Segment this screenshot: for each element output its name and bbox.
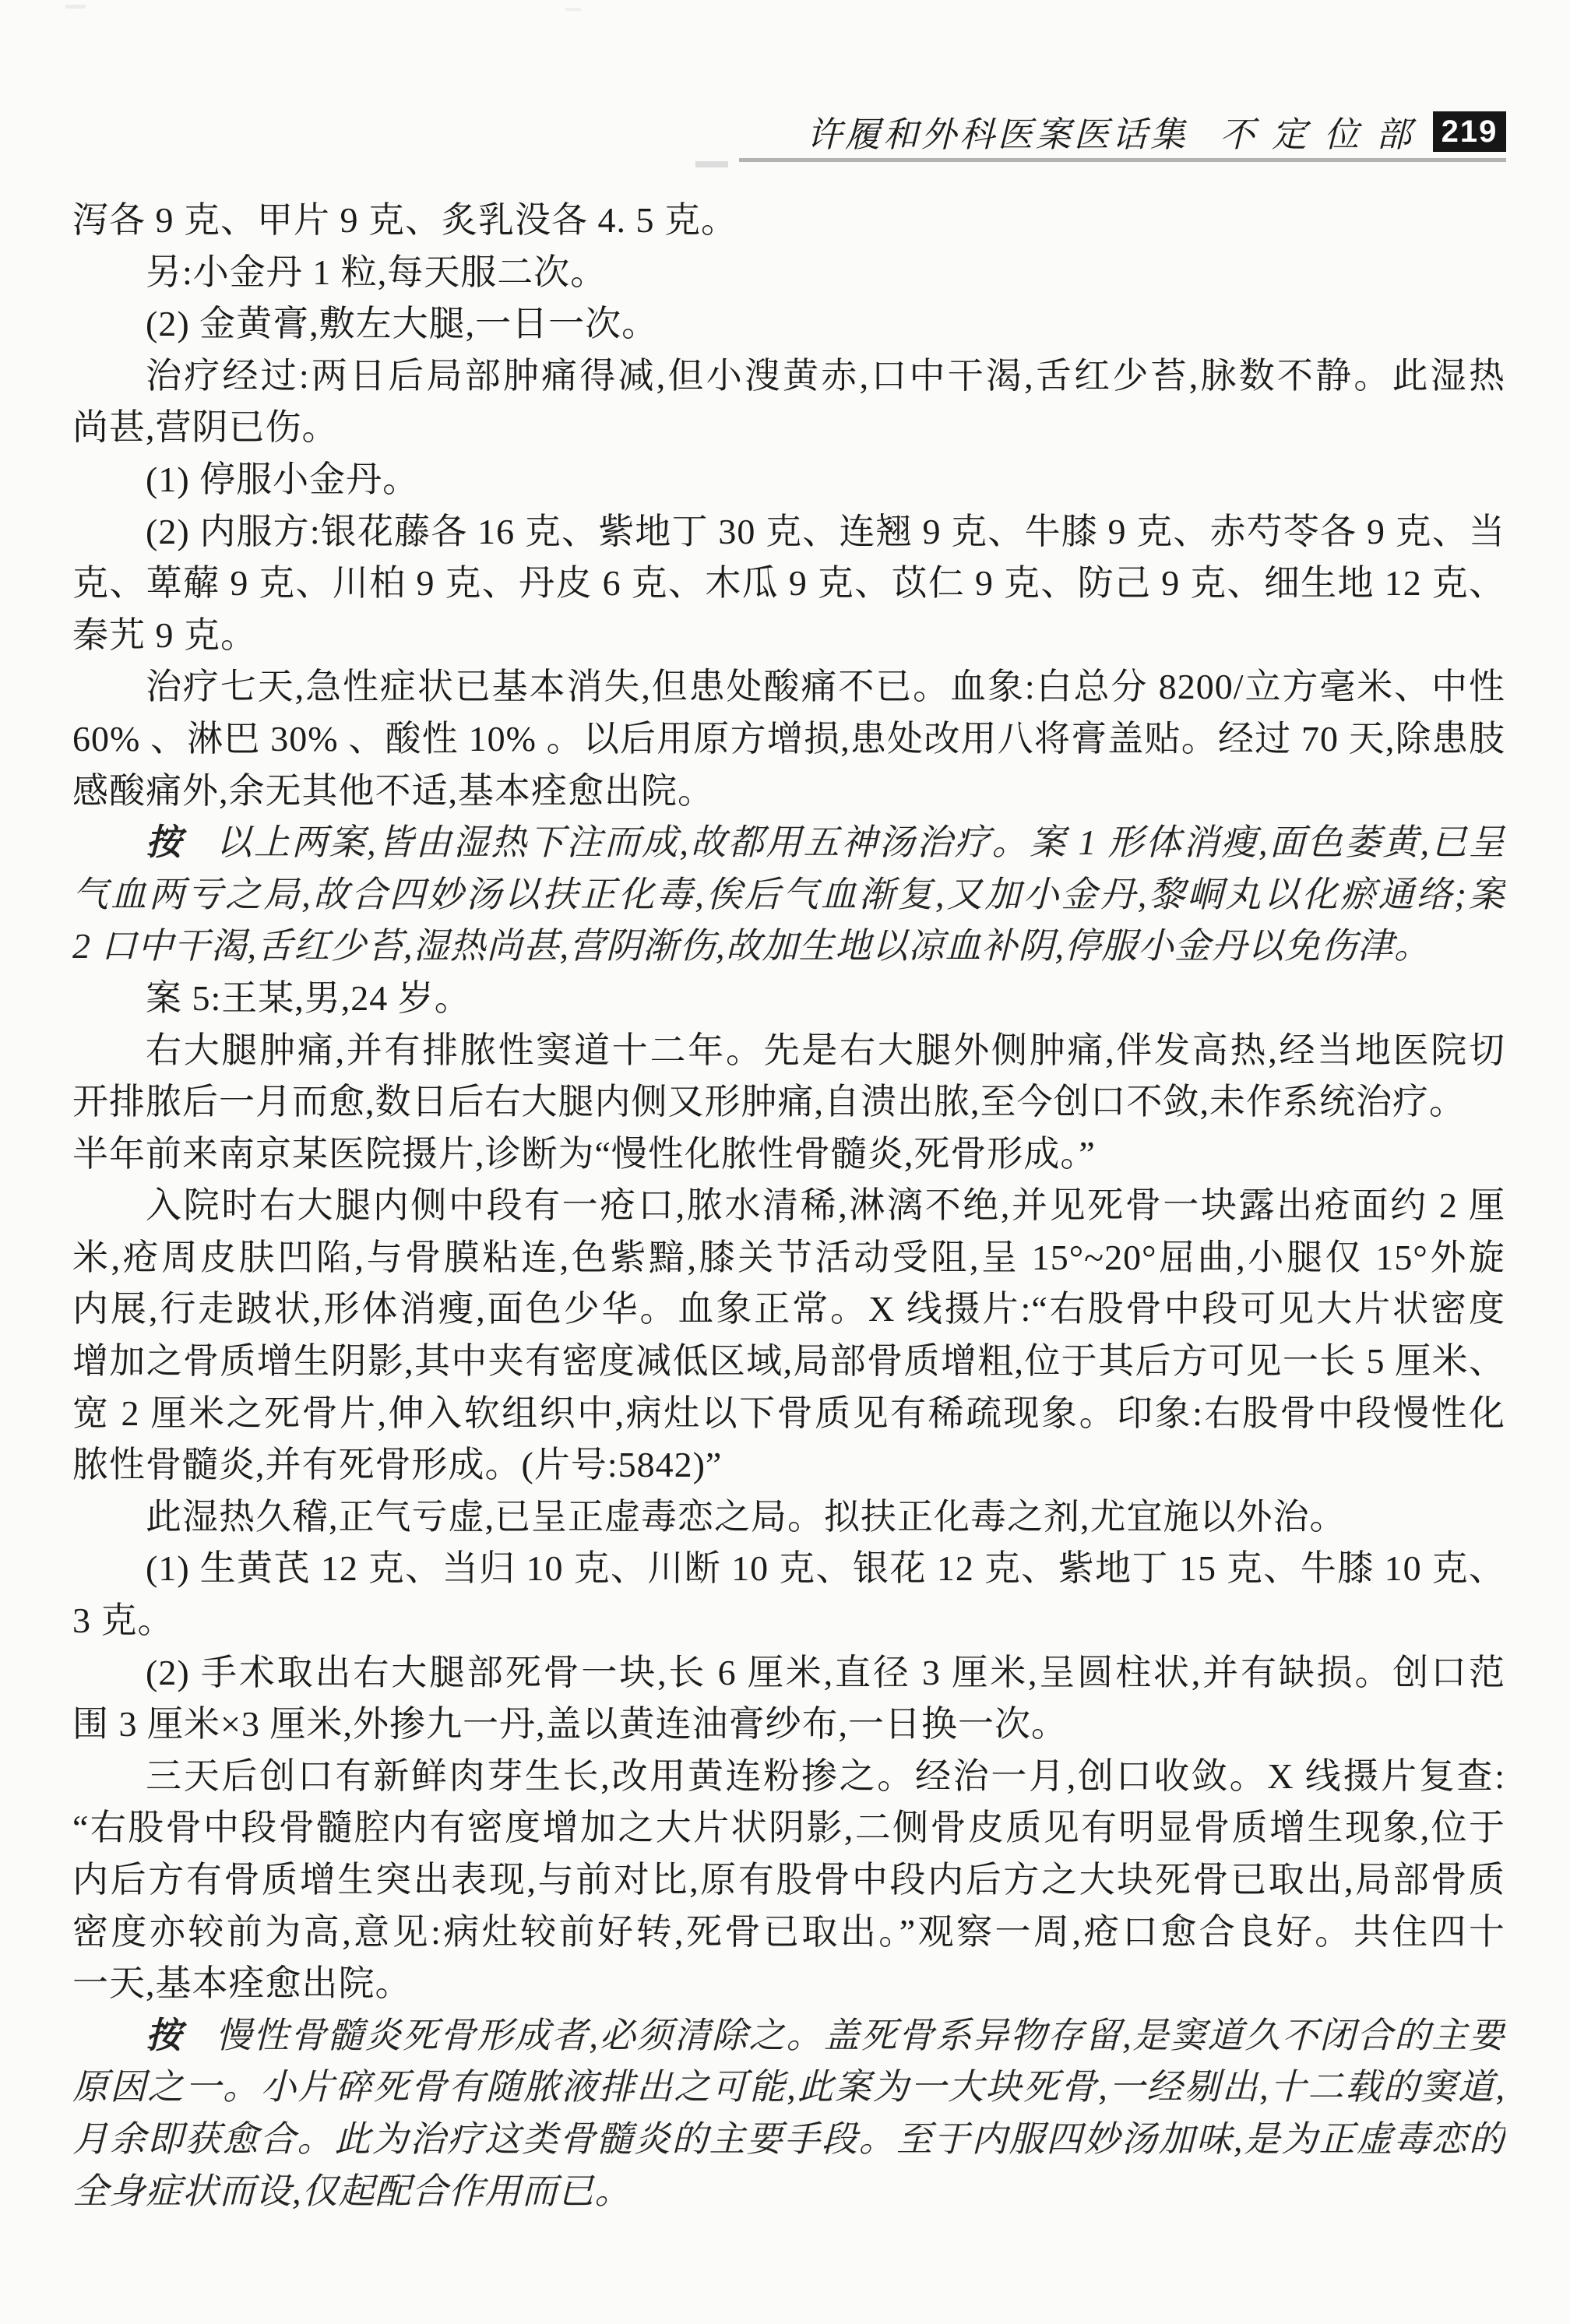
body-text-line: 密度亦较前为高,意见:病灶较前好转,死骨已取出。”观察一周,疮口愈合良好。共住四… xyxy=(72,1907,1505,1959)
body-text-line: 气血两亏之局,故合四妙汤以扶正化毒,俟后气血渐复,又加小金丹,黎峒丸以化瘀通络;… xyxy=(72,869,1505,921)
body-text-line: 右大腿肿痛,并有排脓性窦道十二年。先是右大腿外侧肿痛,伴发高热,经当地医院切 xyxy=(72,1025,1505,1077)
body-text-line: “右股骨中段骨髓腔内有密度增加之大片状阴影,二侧骨皮质见有明显骨质增生现象,位于 xyxy=(72,1802,1505,1854)
body-text-line: 入院时右大腿内侧中段有一疮口,脓水清稀,淋漓不绝,并见死骨一块露出疮面约 2 厘 xyxy=(72,1180,1505,1232)
annotation-label: 按 xyxy=(146,822,183,862)
body-text-line: (1) 停服小金丹。 xyxy=(72,454,1505,506)
body-text-line: 宽 2 厘米之死骨片,伸入软组织中,病灶以下骨质见有稀疏现象。印象:右股骨中段慢… xyxy=(72,1388,1505,1440)
body-text-line: (2) 内服方:银花藤各 16 克、紫地丁 30 克、连翘 9 克、牛膝 9 克… xyxy=(72,506,1505,558)
page-header: 许履和外科医案医话集 不定位部 219 xyxy=(807,106,1506,157)
header-rule xyxy=(739,158,1506,162)
body-text-line: 秦艽 9 克。 xyxy=(72,610,1505,662)
body-text-line: 原因之一。小片碎死骨有随脓液排出之可能,此案为一大块死骨,一经剔出,十二载的窦道… xyxy=(72,2062,1505,2114)
body-text-line: 三天后创口有新鲜肉芽生长,改用黄连粉掺之。经治一月,创口收敛。X 线摄片复查: xyxy=(72,1751,1505,1803)
scan-artifact xyxy=(565,8,581,11)
book-title: 许履和外科医案医话集 xyxy=(807,106,1188,157)
body-text-line: 感酸痛外,余无其他不适,基本痊愈出院。 xyxy=(72,766,1505,818)
body-text-line: 克、萆薢 9 克、川柏 9 克、丹皮 6 克、木瓜 9 克、苡仁 9 克、防己 … xyxy=(72,558,1505,610)
body-text-line: 治疗七天,急性症状已基本消失,但患处酸痛不已。血象:白总分 8200/立方毫米、… xyxy=(72,661,1505,713)
body-text-line: 按慢性骨髓炎死骨形成者,必须清除之。盖死骨系异物存留,是窦道久不闭合的主要 xyxy=(72,2010,1505,2062)
page-body: 泻各 9 克、甲片 9 克、炙乳没各 4. 5 克。另:小金丹 1 粒,每天服二… xyxy=(72,195,1505,2217)
body-text-line: 按以上两案,皆由湿热下注而成,故都用五神汤治疗。案 1 形体消瘦,面色萎黄,已呈 xyxy=(72,817,1505,869)
body-text-line: 3 克。 xyxy=(72,1595,1505,1647)
body-text-line: 米,疮周皮肤凹陷,与骨膜粘连,色紫黯,膝关节活动受阻,呈 15°~20°屈曲,小… xyxy=(72,1232,1505,1284)
body-text-line: (2) 金黄膏,敷左大腿,一日一次。 xyxy=(72,298,1505,350)
body-text-line: 2 口中干渴,舌红少苔,湿热尚甚,营阴渐伤,故加生地以凉血补阴,停服小金丹以免伤… xyxy=(72,921,1505,973)
body-text-line: 脓性骨髓炎,并有死骨形成。(片号:5842)” xyxy=(72,1439,1505,1491)
annotation-label: 按 xyxy=(146,2016,183,2055)
body-text-line: 治疗经过:两日后局部肿痛得减,但小溲黄赤,口中干渴,舌红少苔,脉数不静。此湿热 xyxy=(72,350,1505,403)
body-text-line: 一天,基本痊愈出院。 xyxy=(72,1958,1505,2010)
body-text-line: (1) 生黄芪 12 克、当归 10 克、川断 10 克、银花 12 克、紫地丁… xyxy=(72,1543,1505,1595)
body-text-line: 泻各 9 克、甲片 9 克、炙乳没各 4. 5 克。 xyxy=(72,195,1505,247)
body-text-line: 围 3 厘米×3 厘米,外掺九一丹,盖以黄连油膏纱布,一日换一次。 xyxy=(72,1699,1505,1751)
body-text-line: 内展,行走跛状,形体消瘦,面色少华。血象正常。X 线摄片:“右股骨中段可见大片状… xyxy=(72,1283,1505,1336)
body-text-line: 案 5:王某,男,24 岁。 xyxy=(72,973,1505,1025)
body-text-line: 另:小金丹 1 粒,每天服二次。 xyxy=(72,247,1505,299)
page-number-badge: 219 xyxy=(1433,111,1506,152)
body-text-line: 此湿热久稽,正气亏虚,已呈正虚毒恋之局。拟扶正化毒之剂,尤宜施以外治。 xyxy=(72,1491,1505,1544)
body-text-line: (2) 手术取出右大腿部死骨一块,长 6 厘米,直径 3 厘米,呈圆柱状,并有缺… xyxy=(72,1647,1505,1699)
book-page: 许履和外科医案医话集 不定位部 219 泻各 9 克、甲片 9 克、炙乳没各 4… xyxy=(0,0,1570,2324)
scan-artifact xyxy=(65,5,86,9)
body-text-line: 月余即获愈合。此为治疗这类骨髓炎的主要手段。至于内服四妙汤加味,是为正虚毒恋的 xyxy=(72,2114,1505,2166)
section-title: 不定位部 xyxy=(1220,106,1428,157)
body-text-line: 尚甚,营阴已伤。 xyxy=(72,402,1505,454)
body-text-line: 半年前来南京某医院摄片,诊断为“慢性化脓性骨髓炎,死骨形成。” xyxy=(72,1129,1505,1181)
body-text-line: 内后方有骨质增生突出表现,与前对比,原有股骨中段内后方之大块死骨已取出,局部骨质 xyxy=(72,1854,1505,1907)
body-text-line: 开排脓后一月而愈,数日后右大腿内侧又形肿痛,自溃出脓,至今创口不敛,未作系统治疗… xyxy=(72,1076,1505,1129)
body-text-line: 增加之骨质增生阴影,其中夹有密度减低区域,局部骨质增粗,位于其后方可见一长 5 … xyxy=(72,1336,1505,1388)
body-text-line: 全身症状而设,仅起配合作用而已。 xyxy=(72,2166,1505,2218)
scan-artifact xyxy=(695,161,728,167)
body-text-line: 60% 、淋巴 30% 、酸性 10% 。以后用原方增损,患处改用八将膏盖贴。经… xyxy=(72,713,1505,766)
